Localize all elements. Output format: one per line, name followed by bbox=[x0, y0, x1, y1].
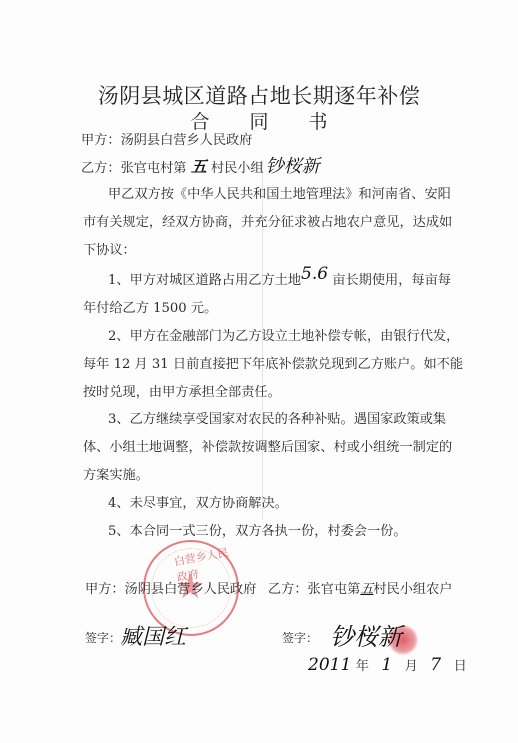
footer-party-b-prefix: 乙方：张官屯第 bbox=[268, 582, 360, 597]
date-day: 7 bbox=[430, 655, 441, 675]
clause-1-line-2: 年付给乙方 1500 元。 bbox=[83, 297, 217, 316]
clause-1-area-handwritten: 5.6 bbox=[301, 264, 328, 284]
clause-1-after: 亩长期使用，每亩每 bbox=[332, 273, 451, 288]
signature-b: 钞桜新 bbox=[330, 617, 402, 652]
date-month-unit: 月 bbox=[405, 659, 418, 674]
date-year: 2011 bbox=[308, 655, 351, 675]
party-a-label: 甲方： bbox=[81, 133, 121, 148]
signature-a: 臧国红 bbox=[120, 620, 186, 651]
date-month: 1 bbox=[381, 655, 392, 675]
signature-date: 2011 年 1 月 7 日 bbox=[308, 655, 467, 675]
clause-2-line-2: 每年 12 月 31 日前直接把下年底补偿款兑现到乙方账户。如不能 bbox=[83, 353, 463, 372]
footer-party-b-group-handwritten: 五 bbox=[360, 582, 373, 597]
subtitle-char: 书 bbox=[309, 107, 328, 134]
clause-3-line-1: 3、乙方继续享受国家对农民的各种补贴。遇国家政策或集 bbox=[108, 408, 446, 427]
date-day-unit: 日 bbox=[454, 659, 467, 674]
party-b-label: 乙方： bbox=[81, 161, 121, 176]
party-a-line: 甲方：汤阴县白营乡人民政府 bbox=[81, 129, 252, 148]
clause-3-line-2: 体、小组土地调整，补偿款按调整后国家、村或小组统一制定的 bbox=[83, 436, 452, 455]
footer-party-b-suffix: 村民小组农户 bbox=[373, 582, 452, 597]
clause-3-line-3: 方案实施。 bbox=[83, 464, 149, 483]
intro-line-3: 下协议： bbox=[83, 239, 136, 258]
intro-line-2: 市有关规定，经双方协商，并充分征求被占地农户意见，达成如 bbox=[83, 211, 452, 230]
clause-2-line-1: 2、甲方在金融部门为乙方设立土地补偿专帐，由银行代发， bbox=[108, 325, 459, 344]
date-year-unit: 年 bbox=[356, 659, 369, 674]
clause-1-before: 1、甲方对城区道路占用乙方土地 bbox=[108, 273, 301, 288]
party-b-suffix: 村民小组 bbox=[211, 161, 264, 176]
clause-4: 4、未尽事宜，双方协商解决。 bbox=[108, 492, 288, 511]
contract-page: 汤阴县城区道路占地长期逐年补偿 合同书 甲方：汤阴县白营乡人民政府 乙方：张官屯… bbox=[0, 0, 518, 743]
clause-1-line-1: 1、甲方对城区道路占用乙方土地5.6 亩长期使用，每亩每 bbox=[108, 269, 451, 289]
clause-5: 5、本合同一式三份，双方各执一份，村委会一份。 bbox=[108, 520, 407, 539]
party-b-group-handwritten: 五 bbox=[191, 157, 207, 176]
document-subtitle: 合同书 bbox=[0, 107, 518, 134]
party-b-prefix: 张官屯村第 bbox=[121, 161, 187, 176]
party-b-line: 乙方：张官屯村第 五 村民小组钞桜新 bbox=[81, 152, 320, 178]
document-title: 汤阴县城区道路占地长期逐年补偿 bbox=[0, 80, 518, 110]
party-a-name: 汤阴县白营乡人民政府 bbox=[121, 133, 253, 148]
footer-party-b: 乙方：张官屯第五村民小组农户 bbox=[268, 578, 452, 597]
footer-party-a: 甲方：汤阴县白营乡人民政府 bbox=[85, 578, 256, 597]
sign-label-b: 签字： bbox=[282, 629, 318, 646]
sign-label-a: 签字： bbox=[85, 629, 121, 646]
party-b-signature: 钞桜新 bbox=[266, 156, 320, 177]
intro-line-1: 甲乙双方按《中华人民共和国土地管理法》和河南省、安阳 bbox=[108, 183, 451, 202]
clause-2-line-3: 按时兑现，由甲方承担全部责任。 bbox=[83, 381, 281, 400]
